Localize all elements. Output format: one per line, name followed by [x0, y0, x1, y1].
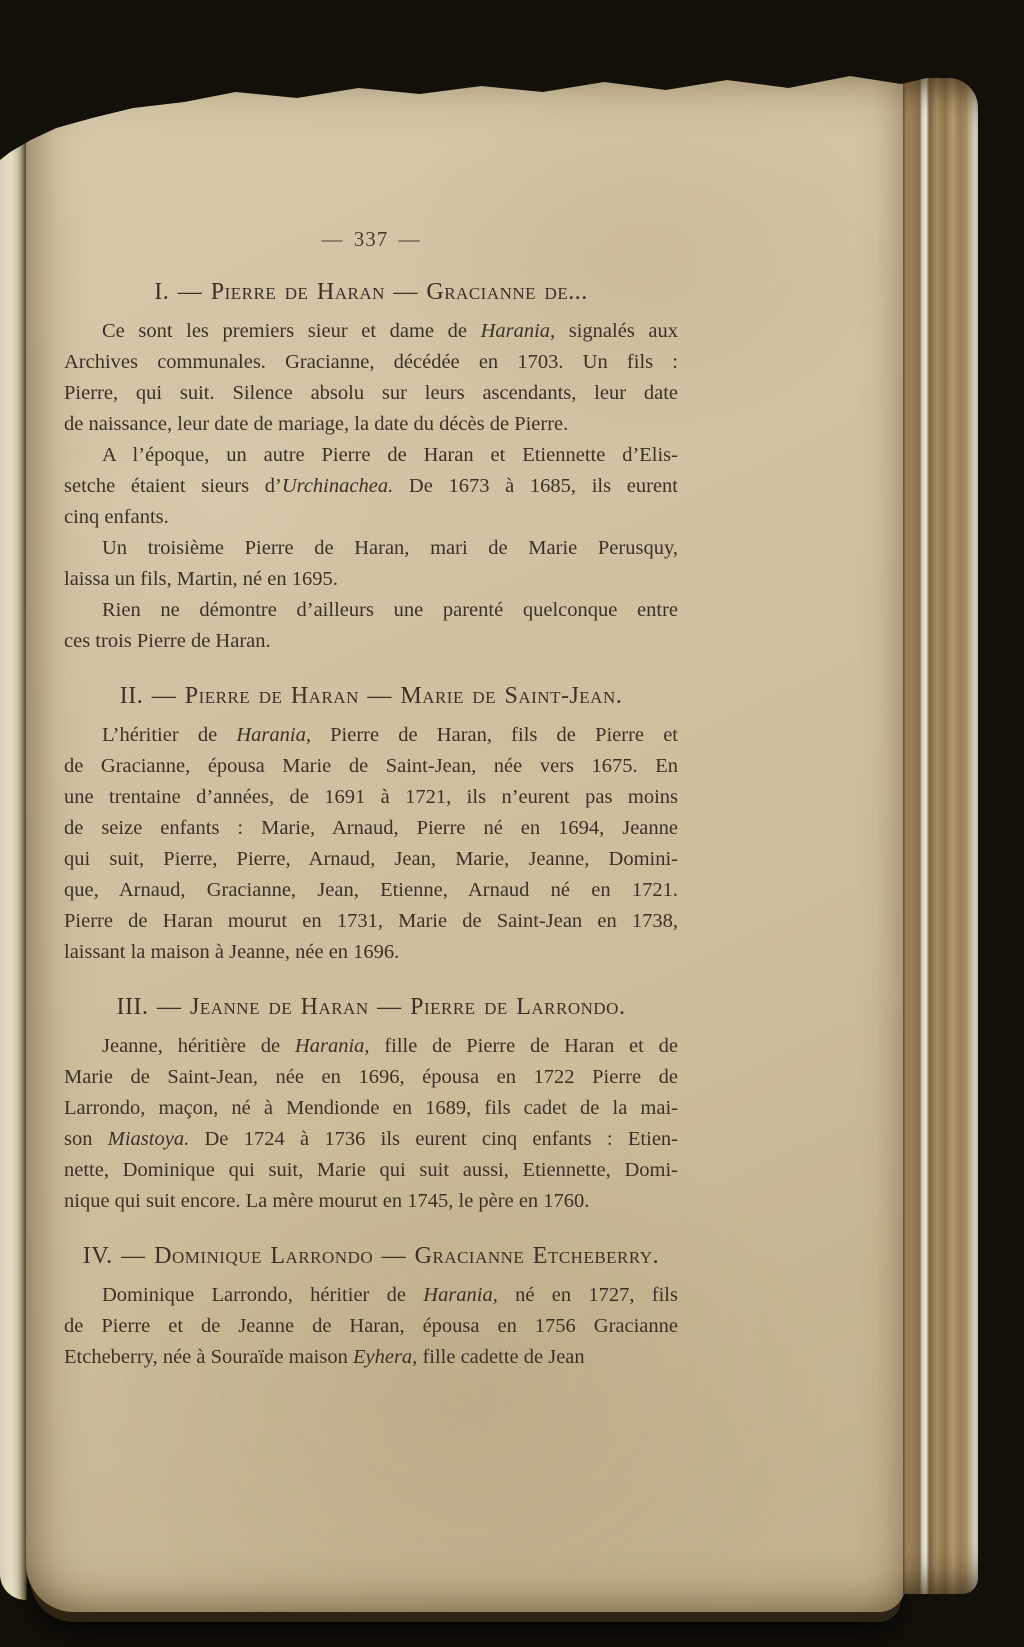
italic-house-name: Harania,	[423, 1284, 498, 1306]
text-segment: Rien ne démontre d’ailleurs une parenté …	[102, 599, 678, 621]
text-segment: son	[64, 1128, 108, 1150]
text-line: Etcheberry, née à Souraïde maison Eyhera…	[64, 1342, 678, 1373]
page-stack-edge	[903, 78, 978, 1594]
paragraph: Un troisième Pierre de Haran, mari de Ma…	[64, 533, 678, 595]
text-body: — 337 — I. — Pierre de Haran — Gracianne…	[64, 224, 678, 1373]
text-segment: fille cadette de Jean	[417, 1346, 584, 1368]
text-line: une trentaine d’années, de 1691 à 1721, …	[64, 782, 678, 813]
text-line: nette, Dominique qui suit, Marie qui sui…	[64, 1155, 678, 1186]
paragraph: Jeanne, héritière de Harania, fille de P…	[64, 1031, 678, 1217]
text-segment: qui suit, Pierre, Pierre, Arnaud, Jean, …	[64, 848, 678, 870]
text-line: ces trois Pierre de Haran.	[64, 626, 678, 657]
page-number: — 337 —	[64, 224, 678, 255]
section-heading: IV. — Dominique Larrondo — Gracianne Etc…	[64, 1241, 678, 1271]
text-line: son Miastoya. De 1724 à 1736 ils eurent …	[64, 1124, 678, 1155]
previous-page-edge	[0, 118, 27, 1600]
paragraph: Rien ne démontre d’ailleurs une parenté …	[64, 595, 678, 657]
paragraph: Ce sont les premiers sieur et dame de Ha…	[64, 316, 678, 440]
text-segment: une trentaine d’années, de 1691 à 1721, …	[64, 786, 678, 808]
text-segment: de Gracianne, épousa Marie de Saint-Jean…	[64, 755, 678, 777]
section: IV. — Dominique Larrondo — Gracianne Etc…	[64, 1241, 678, 1373]
sections-holder: I. — Pierre de Haran — Gracianne de... C…	[64, 277, 678, 1373]
text-segment: de seize enfants : Marie, Arnaud, Pierre…	[64, 817, 678, 839]
text-segment: signalés aux	[555, 320, 678, 342]
text-segment: Jeanne, héritière de	[102, 1035, 295, 1057]
section: III. — Jeanne de Haran — Pierre de Larro…	[64, 992, 678, 1217]
text-line: laissant la maison à Jeanne, née en 1696…	[64, 937, 678, 968]
text-line: Dominique Larrondo, héritier de Harania,…	[64, 1280, 678, 1311]
text-line: setche étaient sieurs d’Urchinachea. De …	[64, 471, 678, 502]
italic-house-name: Harania,	[295, 1035, 370, 1057]
italic-house-name: Eyhera,	[353, 1346, 417, 1368]
text-line: laissa un fils, Martin, né en 1695.	[64, 564, 678, 595]
text-segment: que, Arnaud, Gracianne, Jean, Etienne, A…	[64, 879, 678, 901]
italic-house-name: Miastoya.	[108, 1128, 189, 1150]
text-line: que, Arnaud, Gracianne, Jean, Etienne, A…	[64, 875, 678, 906]
section-heading: III. — Jeanne de Haran — Pierre de Larro…	[64, 992, 678, 1022]
text-line: Pierre de Haran mourut en 1731, Marie de…	[64, 906, 678, 937]
paragraph: A l’époque, un autre Pierre de Haran et …	[64, 440, 678, 533]
section-heading: II. — Pierre de Haran — Marie de Saint-J…	[64, 681, 678, 711]
section: II. — Pierre de Haran — Marie de Saint-J…	[64, 681, 678, 968]
text-segment: de naissance, leur date de mariage, la d…	[64, 413, 568, 435]
text-line: Marie de Saint-Jean, née en 1696, épousa…	[64, 1062, 678, 1093]
text-segment: cinq enfants.	[64, 506, 169, 528]
text-segment: Pierre de Haran mourut en 1731, Marie de…	[64, 910, 678, 932]
text-segment: De 1673 à 1685, ils eurent	[393, 475, 678, 497]
text-line: A l’époque, un autre Pierre de Haran et …	[64, 440, 678, 471]
text-line: nique qui suit encore. La mère mourut en…	[64, 1186, 678, 1217]
paragraph: Dominique Larrondo, héritier de Harania,…	[64, 1280, 678, 1373]
text-segment: setche étaient sieurs d’	[64, 475, 282, 497]
text-segment: Ce sont les premiers sieur et dame de	[102, 320, 481, 342]
text-line: Rien ne démontre d’ailleurs une parenté …	[64, 595, 678, 626]
text-segment: nique qui suit encore. La mère mourut en…	[64, 1190, 589, 1212]
text-line: de naissance, leur date de mariage, la d…	[64, 409, 678, 440]
text-line: cinq enfants.	[64, 502, 678, 533]
text-line: Archives communales. Gracianne, décédée …	[64, 347, 678, 378]
italic-house-name: Harania,	[481, 320, 556, 342]
section-heading: I. — Pierre de Haran — Gracianne de...	[64, 277, 678, 307]
italic-house-name: Urchinachea.	[282, 475, 393, 497]
text-segment: A l’époque, un autre Pierre de Haran et …	[102, 444, 678, 466]
section-paragraphs: Dominique Larrondo, héritier de Harania,…	[64, 1280, 678, 1373]
text-line: Jeanne, héritière de Harania, fille de P…	[64, 1031, 678, 1062]
text-line: de seize enfants : Marie, Arnaud, Pierre…	[64, 813, 678, 844]
text-segment: Archives communales. Gracianne, décédée …	[64, 351, 678, 373]
section: I. — Pierre de Haran — Gracianne de... C…	[64, 277, 678, 657]
text-line: Larrondo, maçon, né à Mendionde en 1689,…	[64, 1093, 678, 1124]
paragraph: L’héritier de Harania, Pierre de Haran, …	[64, 720, 678, 968]
text-segment: Pierre de Haran, fils de Pierre et	[311, 724, 678, 746]
text-segment: fille de Pierre de Haran et de	[370, 1035, 678, 1057]
text-segment: Pierre, qui suit. Silence absolu sur leu…	[64, 382, 678, 404]
text-line: qui suit, Pierre, Pierre, Arnaud, Jean, …	[64, 844, 678, 875]
text-segment: nette, Dominique qui suit, Marie qui sui…	[64, 1159, 678, 1181]
text-segment: laissa un fils, Martin, né en 1695.	[64, 568, 338, 590]
text-segment: laissant la maison à Jeanne, née en 1696…	[64, 941, 399, 963]
text-line: de Pierre et de Jeanne de Haran, épousa …	[64, 1311, 678, 1342]
text-segment: Marie de Saint-Jean, née en 1696, épousa…	[64, 1066, 678, 1088]
text-segment: ces trois Pierre de Haran.	[64, 630, 271, 652]
text-segment: De 1724 à 1736 ils eurent cinq enfants :…	[189, 1128, 678, 1150]
section-paragraphs: Jeanne, héritière de Harania, fille de P…	[64, 1031, 678, 1217]
text-segment: Etcheberry, née à Souraïde maison	[64, 1346, 353, 1368]
book-page: — 337 — I. — Pierre de Haran — Gracianne…	[26, 72, 905, 1612]
text-line: L’héritier de Harania, Pierre de Haran, …	[64, 720, 678, 751]
text-line: Un troisième Pierre de Haran, mari de Ma…	[64, 533, 678, 564]
book-photo: — 337 — I. — Pierre de Haran — Gracianne…	[0, 0, 1024, 1647]
text-segment: né en 1727, fils	[498, 1284, 678, 1306]
text-segment: L’héritier de	[102, 724, 236, 746]
section-paragraphs: L’héritier de Harania, Pierre de Haran, …	[64, 720, 678, 968]
text-segment: Larrondo, maçon, né à Mendionde en 1689,…	[64, 1097, 678, 1119]
text-line: de Gracianne, épousa Marie de Saint-Jean…	[64, 751, 678, 782]
text-line: Pierre, qui suit. Silence absolu sur leu…	[64, 378, 678, 409]
text-line: Ce sont les premiers sieur et dame de Ha…	[64, 316, 678, 347]
section-paragraphs: Ce sont les premiers sieur et dame de Ha…	[64, 316, 678, 657]
text-segment: Dominique Larrondo, héritier de	[102, 1284, 423, 1306]
text-segment: de Pierre et de Jeanne de Haran, épousa …	[64, 1315, 678, 1337]
italic-house-name: Harania,	[236, 724, 311, 746]
text-segment: Un troisième Pierre de Haran, mari de Ma…	[102, 537, 678, 559]
